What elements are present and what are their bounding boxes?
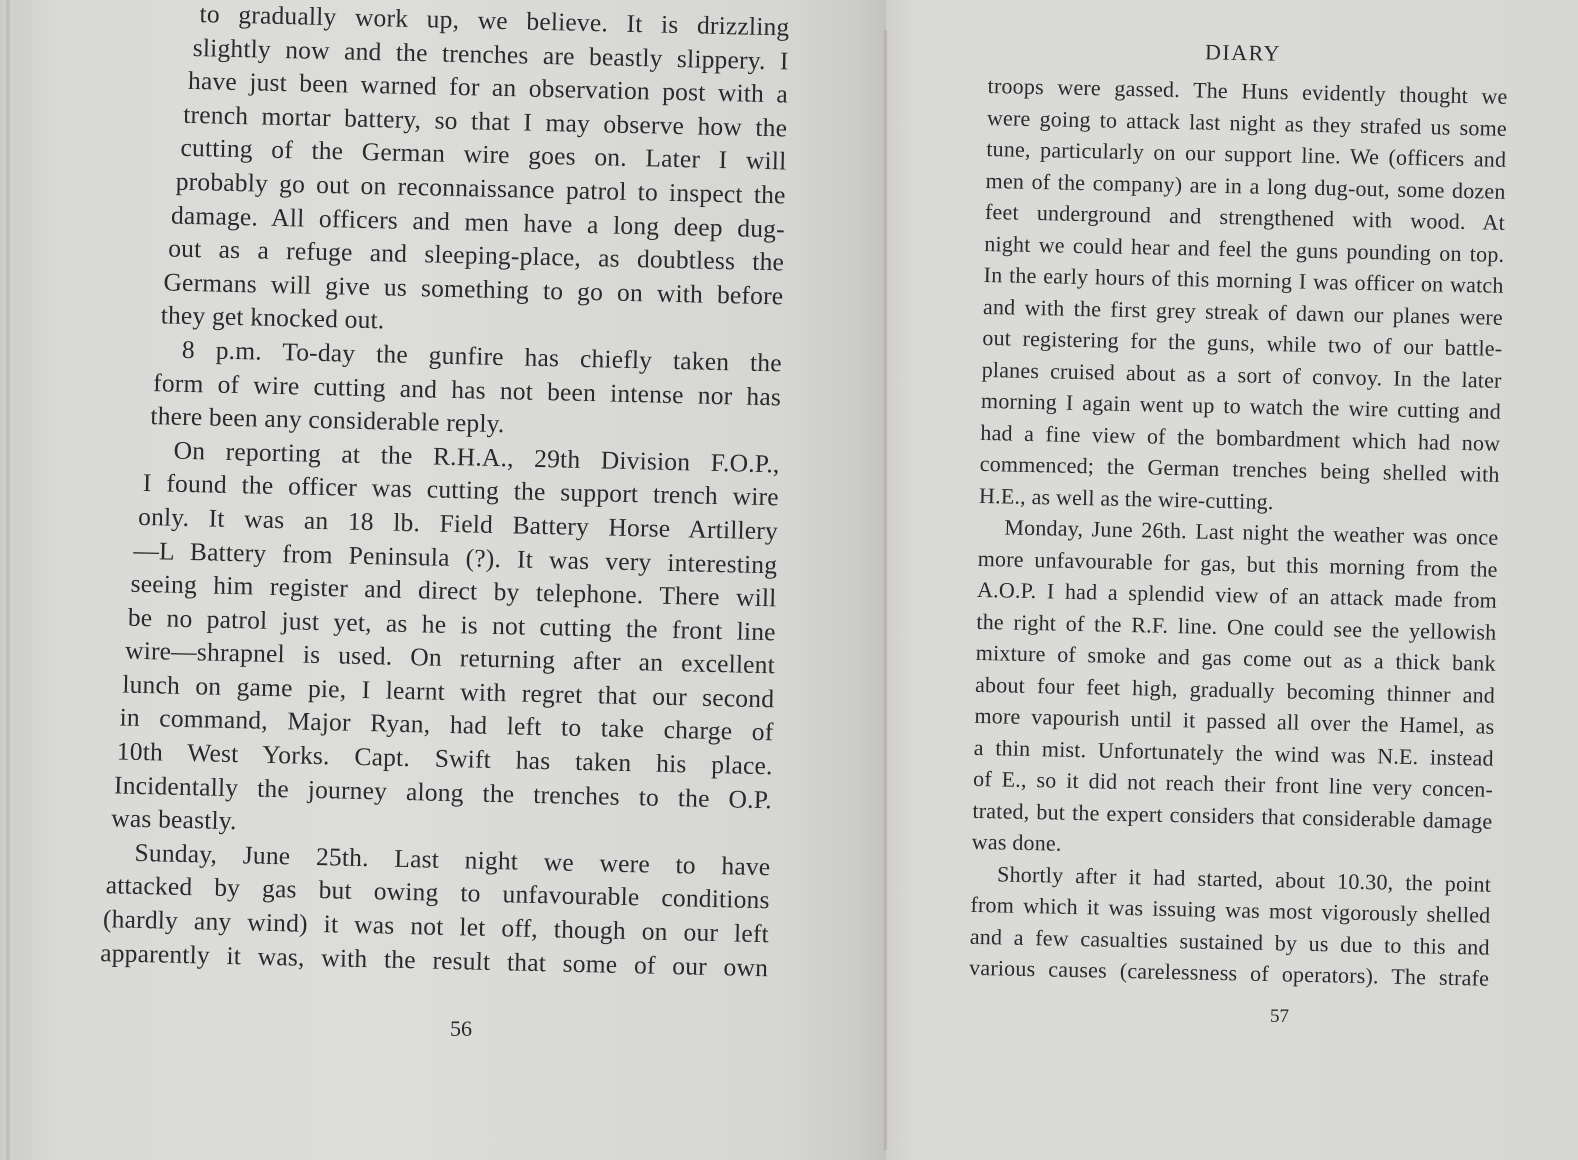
page-number-right: 57 [1270,1006,1289,1028]
open-book-spread: to gradually work up, we believe. It is … [0,0,1578,1160]
book-gutter [883,30,888,1150]
page-number-left: 56 [450,1016,472,1042]
right-page-body: troops were gassed. The Huns evidently t… [969,70,1508,994]
running-head: DIARY [1205,39,1281,67]
left-page-body: to gradually work up, we believe. It is … [128,0,790,984]
